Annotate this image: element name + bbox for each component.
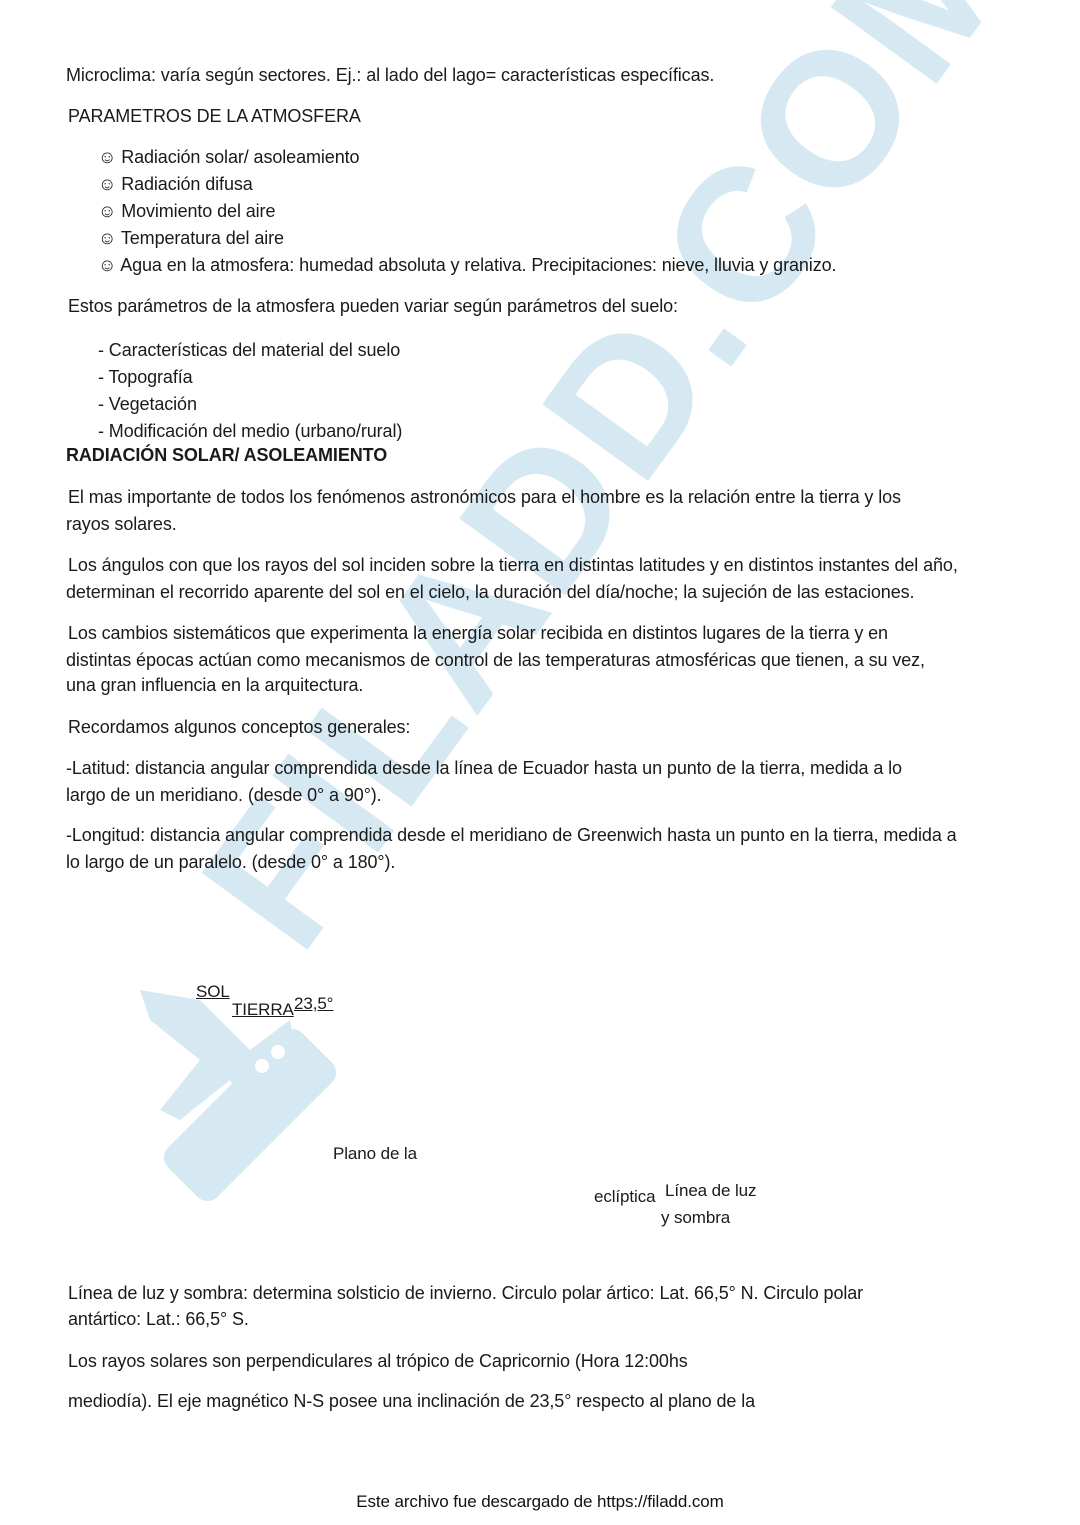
paragraph-line: largo de un meridiano. (desde 0° a 90°). [66,782,382,809]
smiley-icon: ☺ [98,228,116,248]
paragraph-line: distintas épocas actúan como mecanismos … [66,647,925,674]
paragraph-line: determinan el recorrido aparente del sol… [66,579,914,606]
smiley-icon: ☺ [98,147,116,167]
soil-intro: Estos parámetros de la atmosfera pueden … [68,293,678,320]
label-angle: 23,5° [294,990,333,1017]
label-sol: SOL [196,978,230,1005]
paragraph-line: El mas importante de todos los fenómenos… [68,484,901,511]
paragraph-line: antártico: Lat.: 66,5° S. [68,1306,249,1333]
list-item: - Topografía [98,364,193,391]
paragraph-line: lo largo de un paralelo. (desde 0° a 180… [66,849,395,876]
smiley-icon: ☺ [98,201,116,221]
paragraph-line: Línea de luz y sombra: determina solstic… [68,1280,863,1307]
paragraph-line: Los cambios sistemáticos que experimenta… [68,620,888,647]
list-item: - Características del material del suelo [98,337,400,364]
paragraph-line: una gran influencia en la arquitectura. [66,672,363,699]
paragraph-line: Los rayos solares son perpendiculares al… [68,1348,688,1375]
label-linea-1: Línea de luz [665,1177,756,1204]
intro-text: Microclima: varía según sectores. Ej.: a… [66,62,714,89]
label-ecliptica: eclíptica [594,1183,655,1210]
smiley-icon: ☺ [98,174,116,194]
list-item: ☺ Radiación difusa [98,171,253,198]
smiley-icon: ☺ [98,255,116,275]
list-item: - Modificación del medio (urbano/rural) [98,418,402,445]
paragraph-line: rayos solares. [66,511,177,538]
section-heading: RADIACIÓN SOLAR/ ASOLEAMIENTO [66,442,387,469]
list-item: ☺ Agua en la atmosfera: humedad absoluta… [98,252,836,279]
paragraph-line: mediodía). El eje magnético N-S posee un… [68,1388,755,1415]
download-footer: Este archivo fue descargado de https://f… [0,1488,1080,1515]
list-item: - Vegetación [98,391,197,418]
paragraph-line: -Latitud: distancia angular comprendida … [66,755,902,782]
list-item: ☺ Movimiento del aire [98,198,275,225]
label-linea-2: y sombra [661,1204,730,1231]
list-item: ☺ Radiación solar/ asoleamiento [98,144,359,171]
label-tierra: TIERRA [232,996,294,1023]
label-plano: Plano de la [333,1140,417,1167]
paragraph-line: Recordamos algunos conceptos generales: [68,714,410,741]
params-heading: PARAMETROS DE LA ATMOSFERA [68,103,361,130]
paragraph-line: Los ángulos con que los rayos del sol in… [68,552,958,579]
paragraph-line: -Longitud: distancia angular comprendida… [66,822,957,849]
list-item: ☺ Temperatura del aire [98,225,284,252]
